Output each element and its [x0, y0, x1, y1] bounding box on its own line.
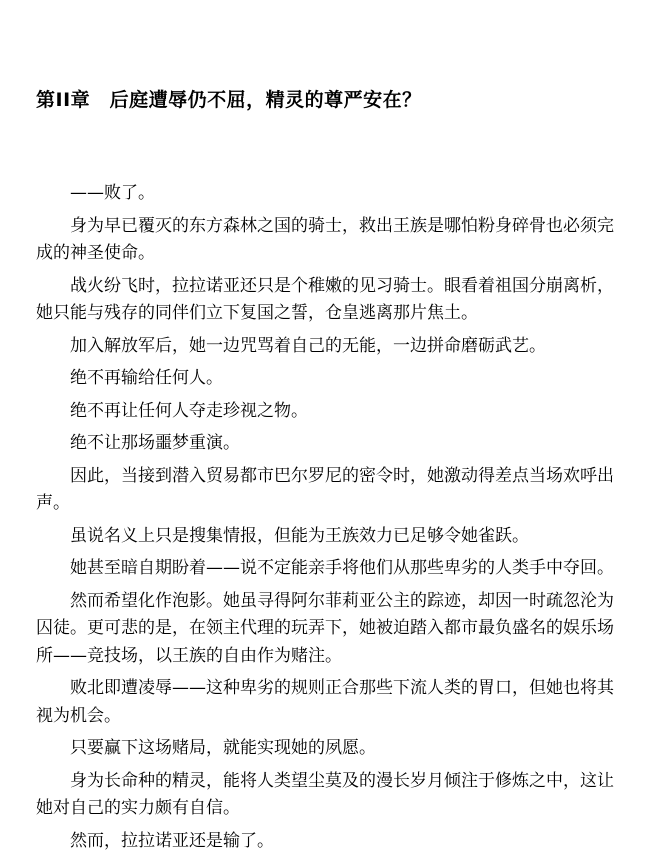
paragraph: 战火纷飞时，拉拉诺亚还只是个稚嫩的见习骑士。眼看着祖国分崩离析，她只能与残存的同… [36, 273, 614, 328]
paragraph: 加入解放军后，她一边咒骂着自己的无能，一边拼命磨砺武艺。 [36, 333, 614, 361]
paragraph: 绝不再输给任何人。 [36, 365, 614, 393]
paragraph: 因此，当接到潜入贸易都市巴尔罗尼的密令时，她激动得差点当场欢呼出声。 [36, 463, 614, 518]
paragraph: 身为早已覆灭的东方森林之国的骑士，救出王族是哪怕粉身碎骨也必须完成的神圣使命。 [36, 213, 614, 268]
paragraph: 绝不再让任何人夺走珍视之物。 [36, 398, 614, 426]
paragraph: 身为长命种的精灵，能将人类望尘莫及的漫长岁月倾注于修炼之中，这让她对自己的实力颇… [36, 768, 614, 823]
paragraph: 虽说名义上只是搜集情报，但能为王族效力已足够令她雀跃。 [36, 523, 614, 551]
chapter-body: ——败了。身为早已覆灭的东方森林之国的骑士，救出王族是哪怕粉身碎骨也必须完成的神… [36, 180, 614, 850]
paragraph: 败北即遭凌辱——这种卑劣的规则正合那些下流人类的胃口，但她也将其视为机会。 [36, 675, 614, 730]
ebook-page: 第II章 后庭遭辱仍不屈，精灵的尊严安在？ ——败了。身为早已覆灭的东方森林之国… [0, 0, 650, 850]
paragraph: 然而希望化作泡影。她虽寻得阿尔菲莉亚公主的踪迹，却因一时疏忽沦为囚徒。更可悲的是… [36, 588, 614, 671]
chapter-title: 第II章 后庭遭辱仍不屈，精灵的尊严安在？ [36, 88, 614, 112]
paragraph: 然而，拉拉诺亚还是输了。 [36, 828, 614, 850]
paragraph: ——败了。 [36, 180, 614, 208]
paragraph: 她甚至暗自期盼着——说不定能亲手将他们从那些卑劣的人类手中夺回。 [36, 555, 614, 583]
paragraph: 只要赢下这场赌局，就能实现她的夙愿。 [36, 735, 614, 763]
paragraph: 绝不让那场噩梦重演。 [36, 430, 614, 458]
